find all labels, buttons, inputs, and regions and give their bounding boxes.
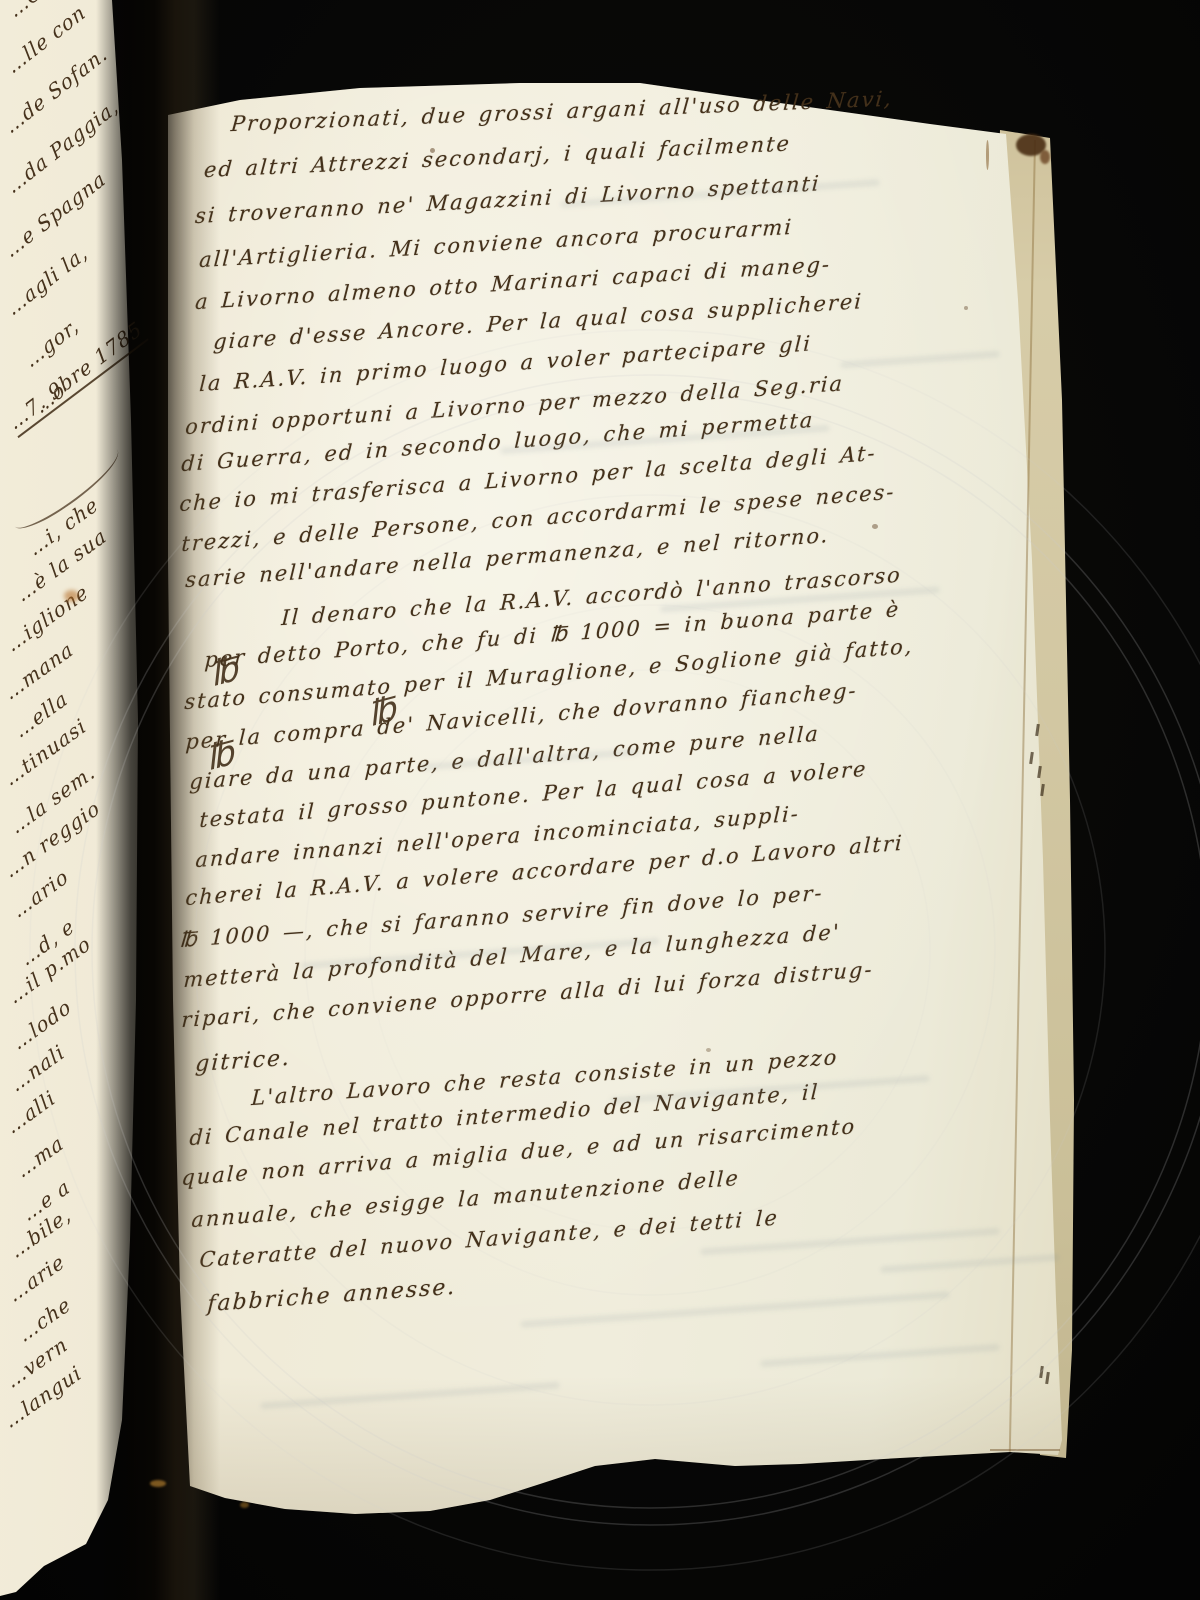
stain bbox=[64, 590, 79, 602]
page-bottom-crease bbox=[990, 1449, 1060, 1451]
manuscript-photo: Proporzionati, due grossi argani all'uso… bbox=[0, 0, 1200, 1600]
stain bbox=[964, 306, 968, 310]
stain bbox=[1040, 150, 1050, 164]
stain bbox=[240, 1502, 249, 1508]
stain bbox=[520, 868, 524, 872]
abbreviation-glyph: ℔ bbox=[208, 648, 240, 695]
stain bbox=[706, 1048, 711, 1052]
stain bbox=[986, 140, 989, 170]
abbreviation-glyph: ℔ bbox=[204, 732, 236, 779]
stain bbox=[150, 1480, 166, 1487]
abbreviation-glyph: ℔ bbox=[366, 688, 398, 735]
stain bbox=[872, 524, 878, 529]
stain bbox=[430, 148, 435, 153]
